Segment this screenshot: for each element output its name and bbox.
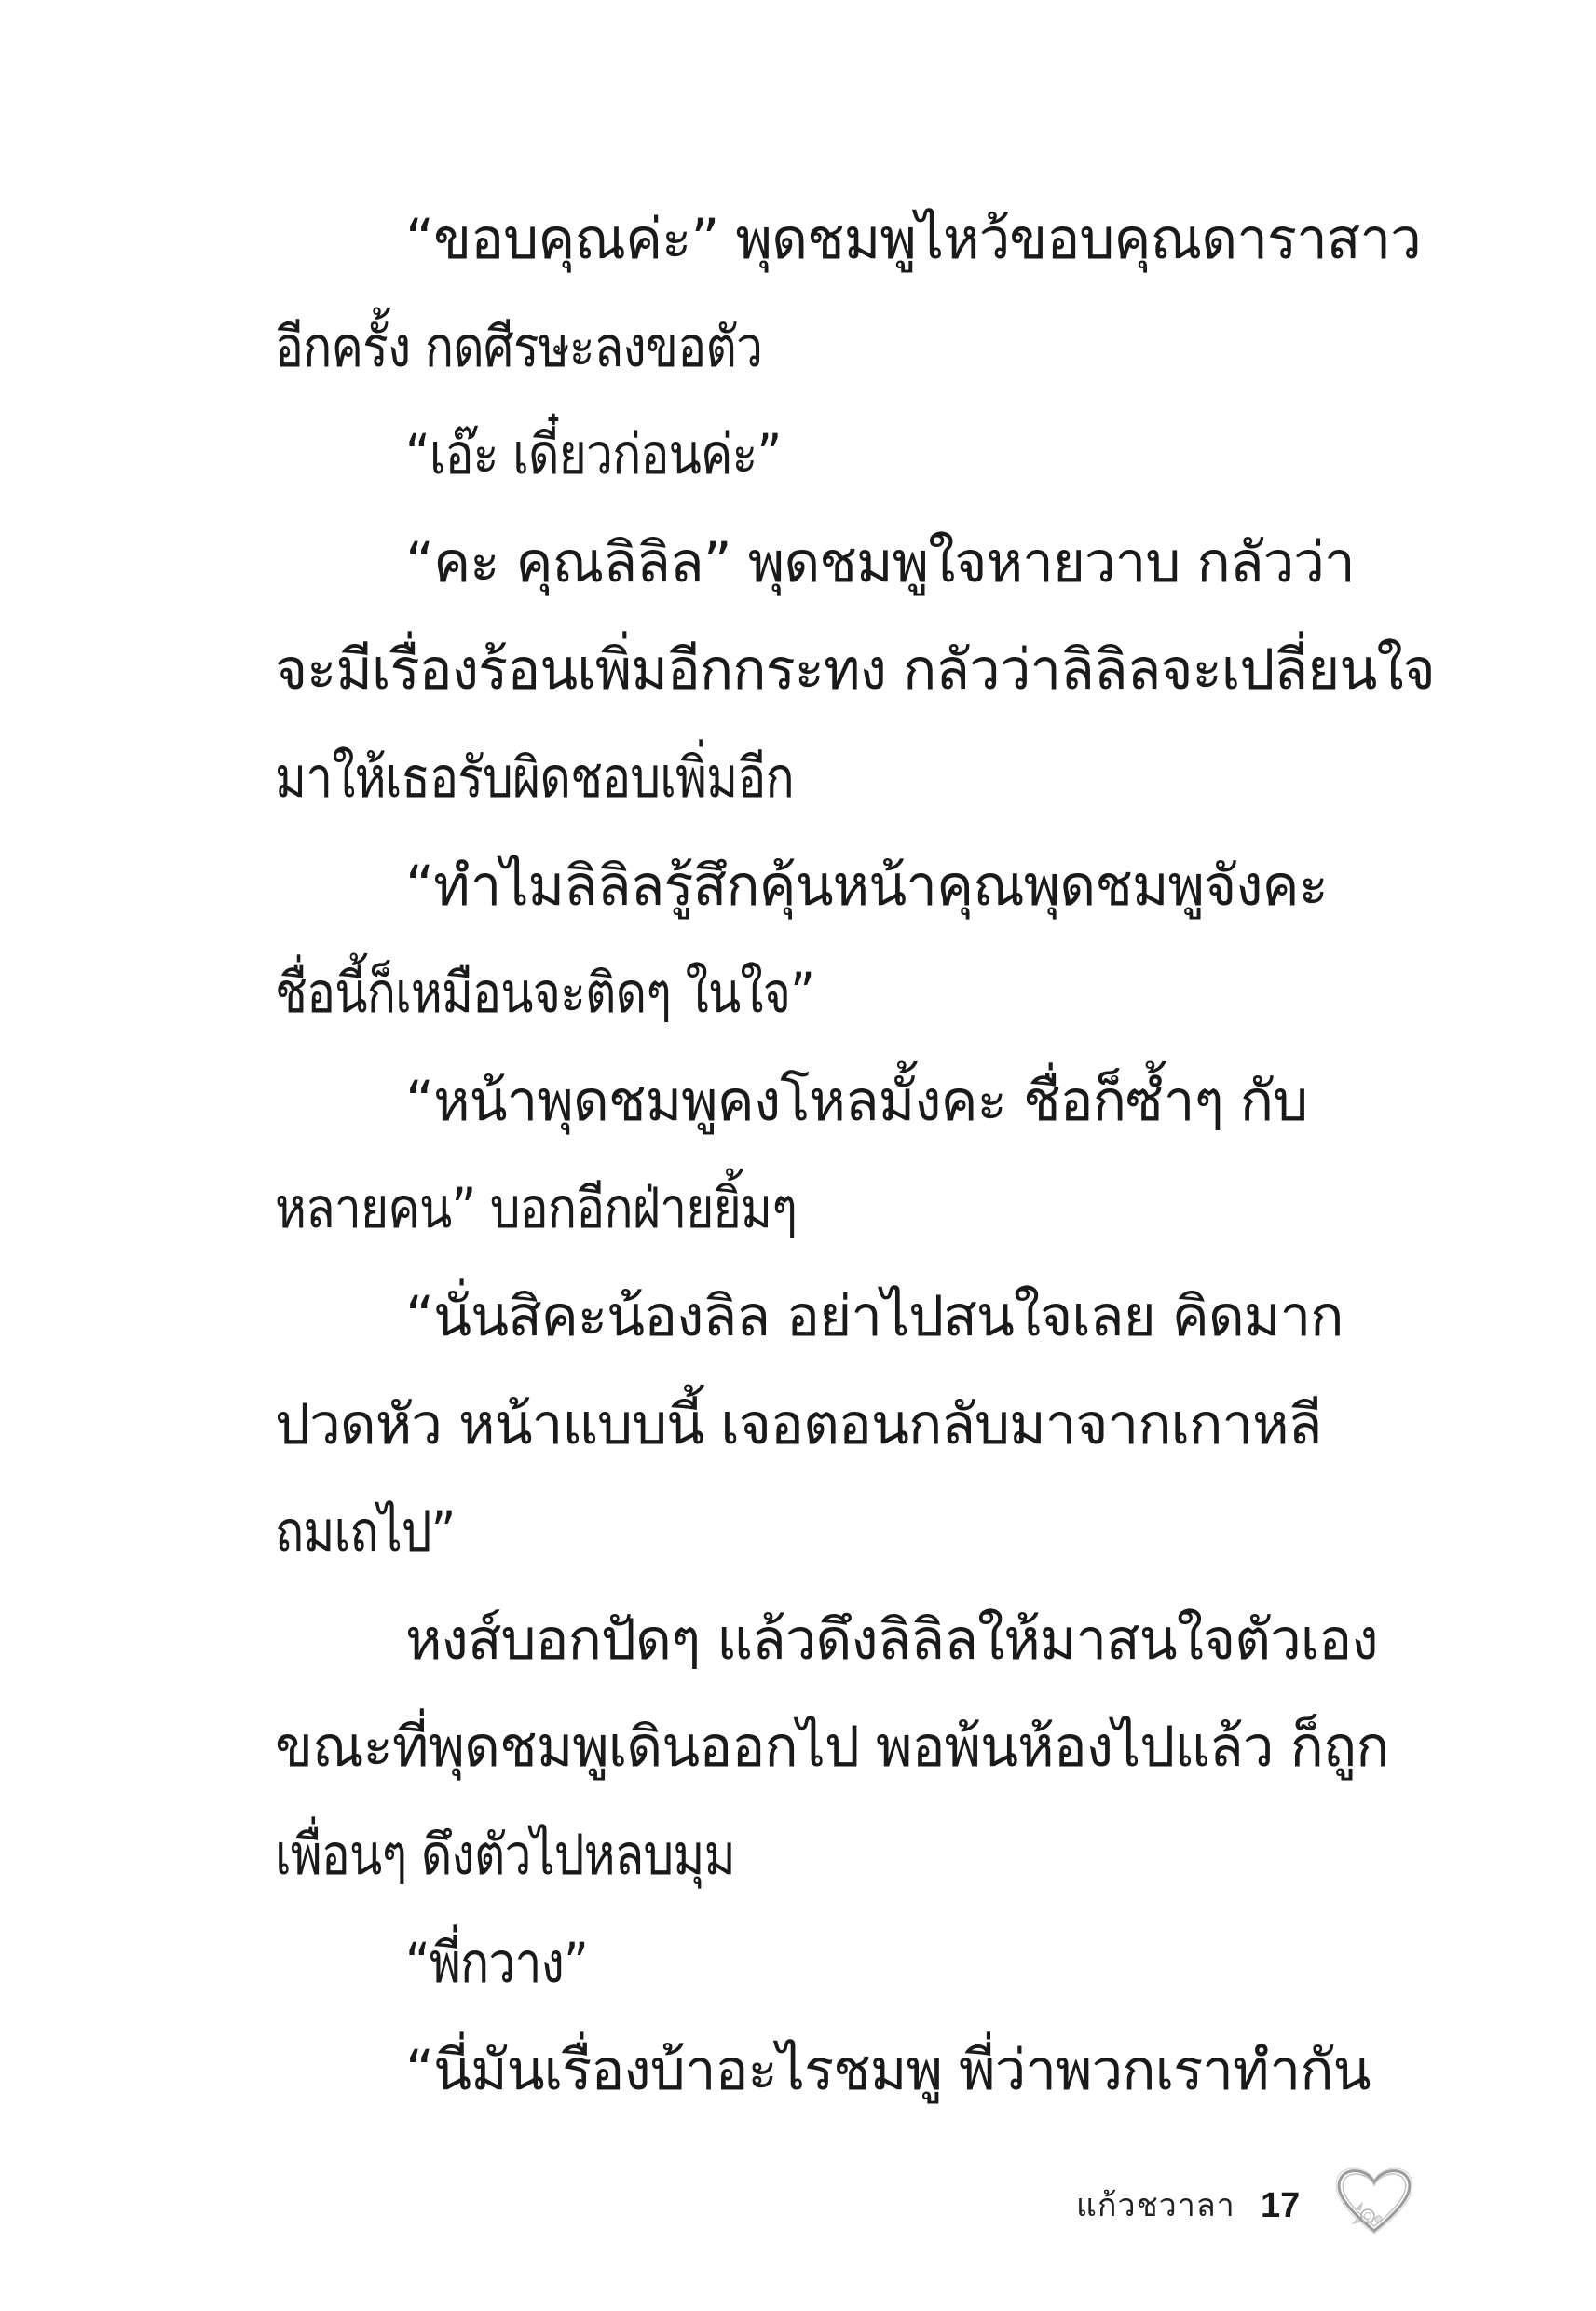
- line-text: ถมเถไป”: [275, 1479, 456, 1587]
- line-text: “ทำไมลิลิลรู้สึกคุ้นหน้าคุณพุดชมพูจังคะ: [405, 833, 1410, 941]
- page-number: 17: [1261, 2185, 1300, 2226]
- text-line-18: “นี่มันเรื่องบ้าอะไรชมพู พี่ว่าพวกเราทำก…: [275, 2017, 1410, 2126]
- book-page: “ขอบคุณค่ะ” พุดชมพูไหว้ขอบคุณดาราสาว อีก…: [0, 0, 1596, 2311]
- text-line-12: ปวดหัว หน้าแบบนี้ เจอตอนกลับมาจากเกาหลี: [275, 1372, 1410, 1480]
- line-text: “เอ๊ะ เดี๋ยวก่อนค่ะ”: [405, 402, 781, 510]
- book-title: แก้วชวาลา: [1076, 2187, 1235, 2224]
- line-text: “ขอบคุณค่ะ” พุดชมพูไหว้ขอบคุณดาราสาว: [405, 186, 1410, 294]
- line-text: ปวดหัว หน้าแบบนี้ เจอตอนกลับมาจากเกาหลี: [275, 1372, 1410, 1480]
- text-line-7: “ทำไมลิลิลรู้สึกคุ้นหน้าคุณพุดชมพูจังคะ: [275, 833, 1410, 941]
- page-footer: แก้วชวาลา 17: [1071, 2167, 1425, 2241]
- line-text: ชื่อนี้ก็เหมือนจะติดๆ ในใจ”: [275, 940, 814, 1048]
- line-text: อีกครั้ง กดศีรษะลงขอตัว: [275, 294, 762, 403]
- line-text: “หน้าพุดชมพูคงโหลมั้งคะ ชื่อก็ซ้ำๆ กับ: [405, 1048, 1410, 1156]
- text-line-4: “คะ คุณลิลิล” พุดชมพูใจหายวาบ กลัวว่า: [275, 510, 1410, 618]
- text-line-17: “พี่กวาง”: [275, 1910, 1410, 2018]
- line-text: “พี่กวาง”: [405, 1910, 588, 2018]
- line-text: เพื่อนๆ ดึงตัวไปหลบมุม: [275, 1802, 735, 1910]
- text-line-15: ขณะที่พุดชมพูเดินออกไป พอพ้นห้องไปแล้ว ก…: [275, 1694, 1410, 1802]
- body-text: “ขอบคุณค่ะ” พุดชมพูไหว้ขอบคุณดาราสาว อีก…: [275, 186, 1410, 2126]
- text-line-9: “หน้าพุดชมพูคงโหลมั้งคะ ชื่อก็ซ้ำๆ กับ: [275, 1048, 1410, 1156]
- text-line-2: อีกครั้ง กดศีรษะลงขอตัว: [275, 294, 1410, 403]
- text-line-5: จะมีเรื่องร้อนเพิ่มอีกกระทง กลัวว่าลิลิล…: [275, 617, 1410, 725]
- text-line-8: ชื่อนี้ก็เหมือนจะติดๆ ในใจ”: [275, 940, 1410, 1048]
- line-text: จะมีเรื่องร้อนเพิ่มอีกกระทง กลัวว่าลิลิล…: [275, 617, 1410, 725]
- text-line-10: หลายคน” บอกอีกฝ่ายยิ้มๆ: [275, 1155, 1410, 1264]
- text-line-14: หงส์บอกปัดๆ แล้วดึงลิลิลให้มาสนใจตัวเอง: [275, 1587, 1410, 1695]
- line-text: “นั่นสิคะน้องลิล อย่าไปสนใจเลย คิดมาก: [405, 1264, 1410, 1372]
- line-text: หงส์บอกปัดๆ แล้วดึงลิลิลให้มาสนใจตัวเอง: [405, 1587, 1410, 1695]
- line-text: มาให้เธอรับผิดชอบเพิ่มอีก: [275, 725, 794, 833]
- line-text: หลายคน” บอกอีกฝ่ายยิ้มๆ: [275, 1155, 797, 1264]
- line-text: “นี่มันเรื่องบ้าอะไรชมพู พี่ว่าพวกเราทำก…: [405, 2017, 1410, 2126]
- line-text: “คะ คุณลิลิล” พุดชมพูใจหายวาบ กลัวว่า: [405, 510, 1410, 618]
- text-line-11: “นั่นสิคะน้องลิล อย่าไปสนใจเลย คิดมาก: [275, 1264, 1410, 1372]
- text-line-3: “เอ๊ะ เดี๋ยวก่อนค่ะ”: [275, 402, 1410, 510]
- line-text: ขณะที่พุดชมพูเดินออกไป พอพ้นห้องไปแล้ว ก…: [275, 1694, 1410, 1802]
- text-line-1: “ขอบคุณค่ะ” พุดชมพูไหว้ขอบคุณดาราสาว: [275, 186, 1410, 294]
- text-line-16: เพื่อนๆ ดึงตัวไปหลบมุม: [275, 1802, 1410, 1910]
- text-line-13: ถมเถไป”: [275, 1479, 1410, 1587]
- heart-wreath-icon: [1332, 2162, 1416, 2236]
- text-line-6: มาให้เธอรับผิดชอบเพิ่มอีก: [275, 725, 1410, 833]
